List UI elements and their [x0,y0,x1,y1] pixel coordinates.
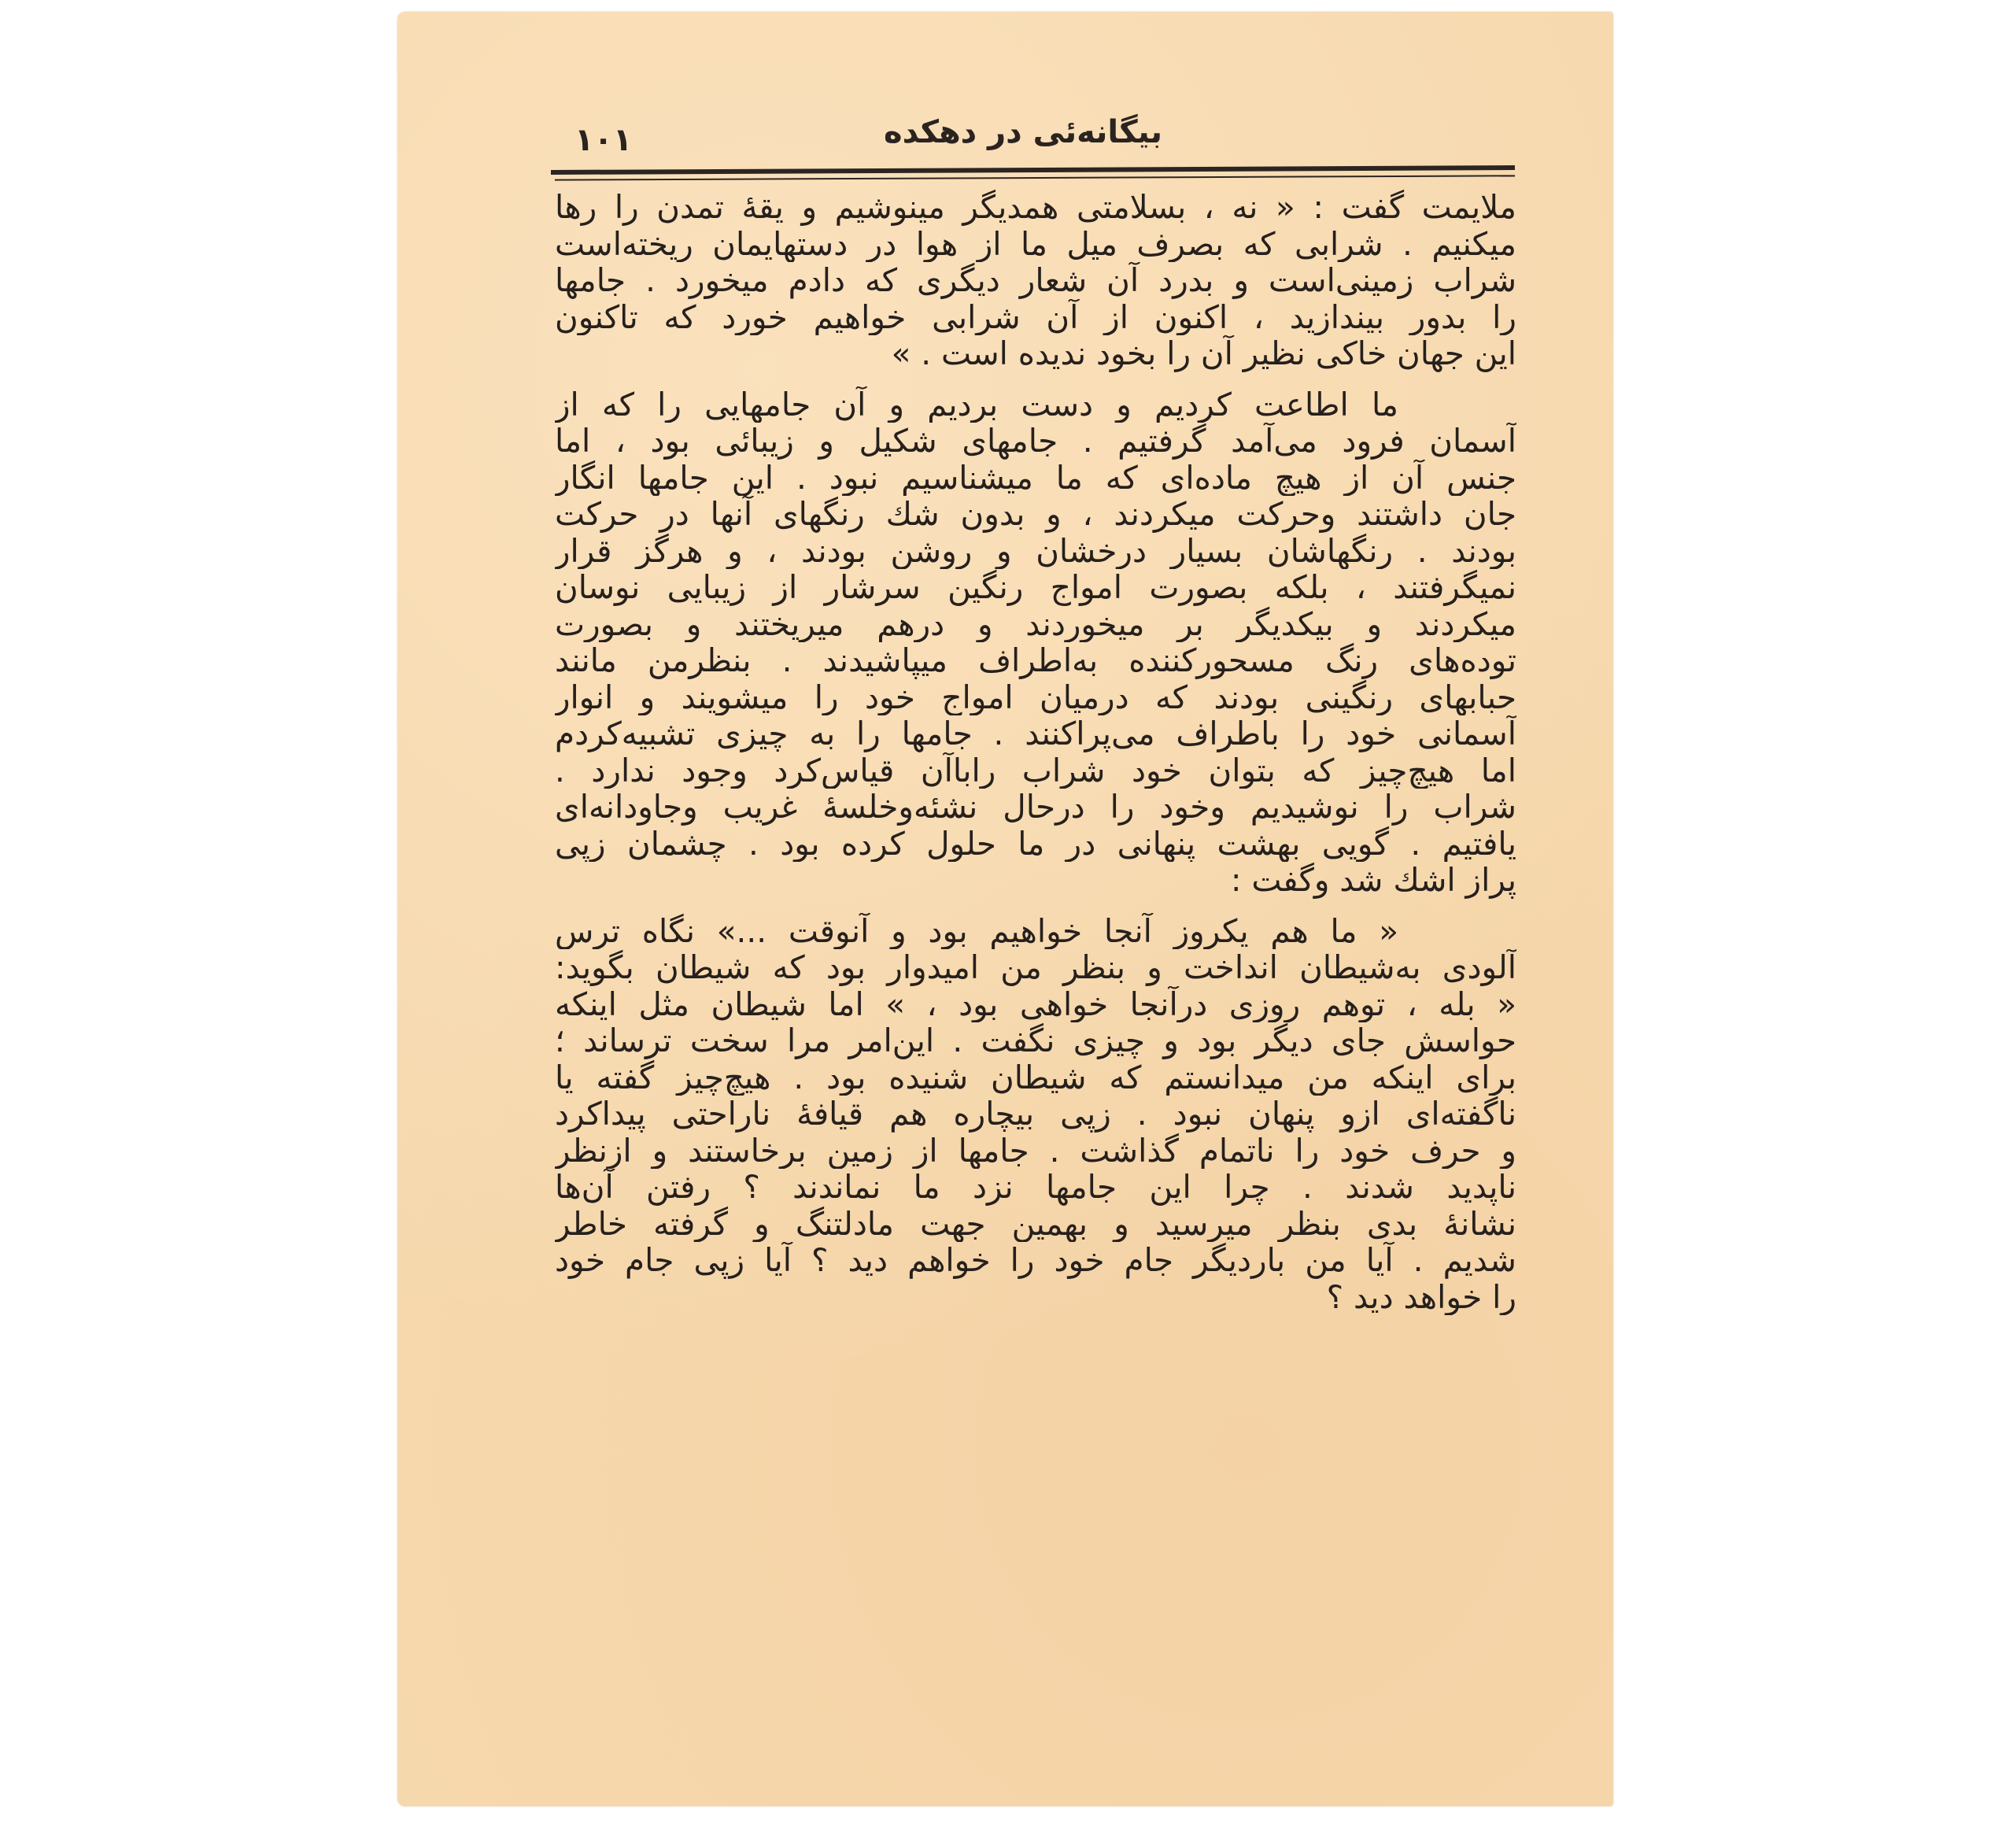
running-title: بیگانه‌ئی در دهکده [539,114,1507,150]
text-line: را خواهد دید ؟ [555,1279,1516,1316]
paragraph-gap [555,899,1516,913]
text-line: ما اطاعت کردیم و دست بردیم و آن جامهایی … [555,386,1516,423]
text-line: « ما هم یکروز آنجا خواهیم بود و آنوقت ..… [555,913,1516,950]
text-line: شراب را نوشیدیم وخود را درحال نشئه‌وخلسه… [555,789,1516,826]
text-line: جان داشتند وحرکت میکردند ، و بدون شك رنگ… [555,496,1516,533]
header-rule-thin [555,175,1515,180]
text-line: نمیگرفتند ، بلکه بصورت امواج رنگین سرشار… [555,569,1516,606]
header-rule-thick [551,165,1515,175]
text-line: اما هیچ‌چیز که بتوان خود شراب راباآن قیا… [555,752,1516,789]
paragraph-2: ما اطاعت کردیم و دست بردیم و آن جامهایی … [555,386,1516,899]
text-line: یافتیم . گویی بهشت پنهانی در ما حلول کرد… [555,826,1516,863]
text-line: میکنیم . شرابی که بصرف میل ما از هوا در … [555,226,1516,263]
book-page: ۱۰۱ بیگانه‌ئی در دهکده ملایمت گفت : « نه… [397,12,1613,1806]
text-line: حبابهای رنگینی بودند که درمیان امواج خود… [555,679,1516,716]
text-line: نشانهٔ بدی بنظر میرسید و بهمین جهت مادلت… [555,1206,1516,1243]
text-line: آسمان فرود می‌آمد گرفتیم . جامهای شکیل و… [555,423,1516,460]
text-line: شراب زمینی‌است و بدرد آن شعار دیگری که د… [555,262,1516,299]
text-line: و حرف خود را ناتمام گذاشت . جامها از زمی… [555,1133,1516,1170]
text-line: ناپدید شدند . چرا این جامها نزد ما نماند… [555,1169,1516,1206]
text-line: توده‌های رنگ مسحورکننده به‌اطراف میپاشید… [555,642,1516,679]
text-line: جنس آن از هیچ ماده‌ای که ما میشناسیم نبو… [555,460,1516,497]
text-line: آسمانی خود را باطراف می‌پراکنند . جامها … [555,715,1516,752]
paragraph-3: « ما هم یکروز آنجا خواهیم بود و آنوقت ..… [555,913,1516,1316]
text-line: پراز اشك شد وگفت : [555,862,1516,899]
text-line: حواسش جای دیگر بود و چیزی نگفت . این‌امر… [555,1022,1516,1059]
text-line: بودند . رنگهاشان بسیار درخشان و روشن بود… [555,533,1516,570]
text-line: را بدور بیندازید ، اکنون از آن شرابی خوا… [555,299,1516,336]
text-line: ملایمت گفت : « نه ، بسلامتی همدیگر مینوش… [555,189,1516,226]
text-line: شدیم . آیا من باردیگر جام خود را خواهم د… [555,1242,1516,1279]
paragraph-1: ملایمت گفت : « نه ، بسلامتی همدیگر مینوش… [555,189,1516,372]
text-line: برای اینکه من میدانستم که شیطان شنیده بو… [555,1059,1516,1096]
page-header: ۱۰۱ بیگانه‌ئی در دهکده [539,114,1507,165]
text-line: « بله ، توهم روزی درآنجا خواهی بود ، » ا… [555,986,1516,1023]
text-line: این جهان خاکی نظیر آن را بخود ندیده است … [555,335,1516,372]
text-line: آلودی به‌شیطان انداخت و بنظر من امیدوار … [555,949,1516,986]
text-line: ناگفته‌ای ازو پنهان نبود . زپی بیچاره هم… [555,1096,1516,1133]
body-text: ملایمت گفت : « نه ، بسلامتی همدیگر مینوش… [555,189,1516,1315]
text-line: میکردند و بیکدیگر بر میخوردند و درهم میر… [555,606,1516,643]
paragraph-gap [555,372,1516,386]
